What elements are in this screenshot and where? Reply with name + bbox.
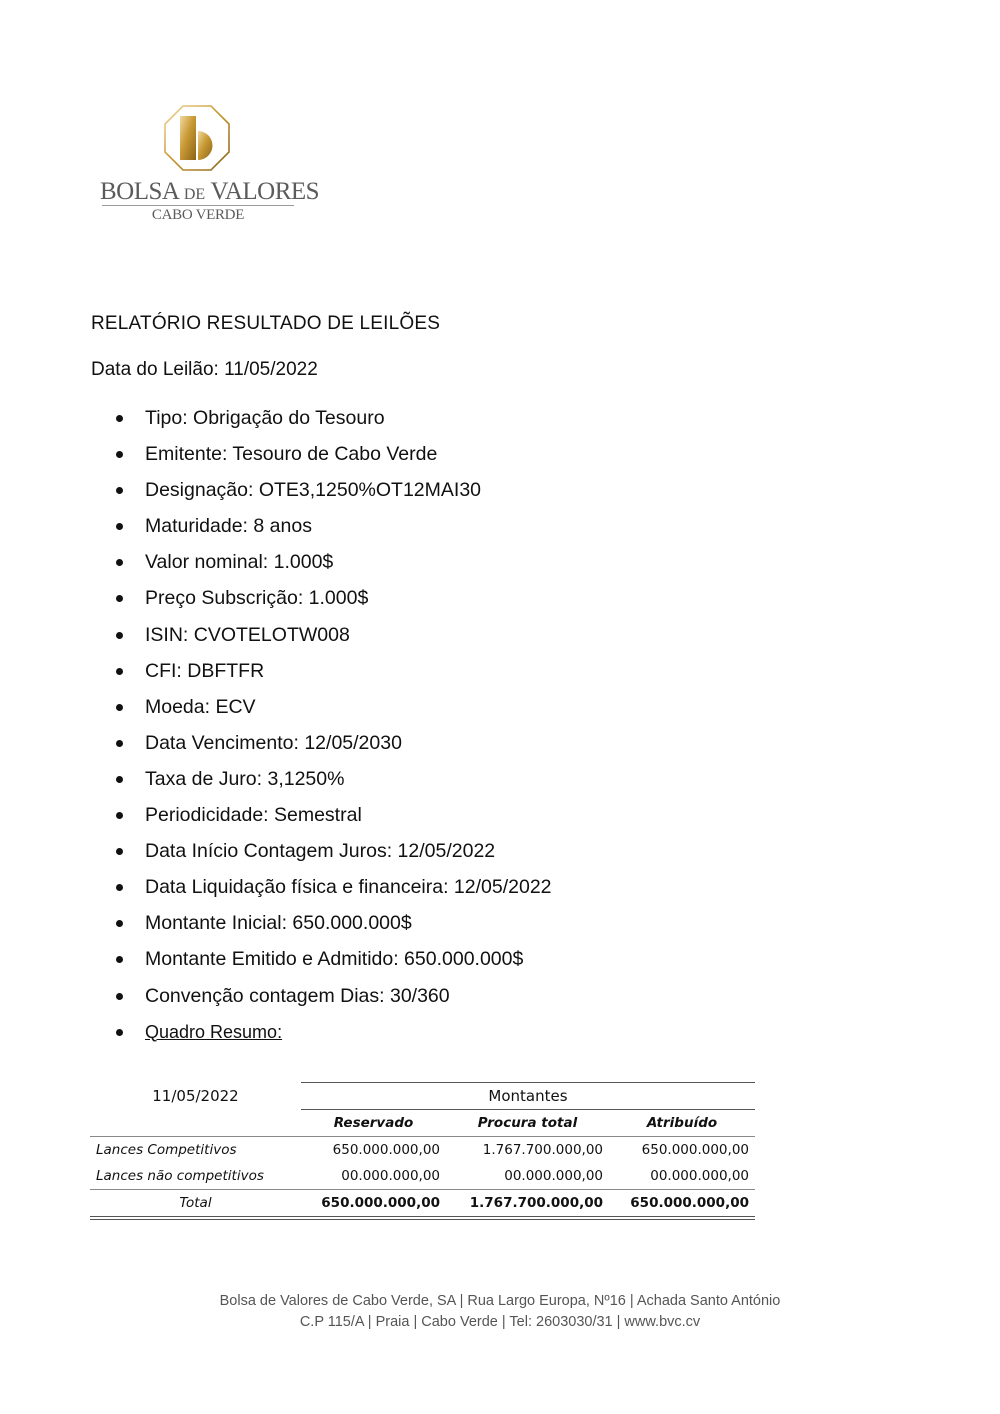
bullet-icon [116,632,123,639]
summary-table: 11/05/2022 Montantes Reservado Procura t… [90,1082,755,1220]
cell-value: 00.000.000,00 [446,1163,609,1190]
table-total-row: Total 650.000.000,00 1.767.700.000,00 65… [90,1190,755,1219]
total-label: Total [90,1190,301,1219]
table-row: Lances não competitivos 00.000.000,00 00… [90,1163,755,1190]
bullet-icon [116,668,123,675]
row-label: Lances não competitivos [90,1163,301,1190]
company-logo: BOLSA DE VALORES CABO VERDE [100,104,296,229]
cell-value: 00.000.000,00 [301,1163,446,1190]
row-label: Lances Competitivos [90,1137,301,1164]
footer-contact-line: C.P 115/A | Praia | Cabo Verde | Tel: 26… [0,1312,1000,1333]
list-item: Data Vencimento: 12/05/2030 [0,731,552,767]
logo-subtitle: CABO VERDE [100,207,296,224]
table-header-row: 11/05/2022 Montantes [90,1083,755,1110]
logo-divider [102,205,294,206]
list-item: ISIN: CVOTELOTW008 [0,623,552,659]
list-item: Designação: OTE3,1250%OT12MAI30 [0,478,552,514]
list-item: Convenção contagem Dias: 30/360 [0,984,552,1020]
auction-date: Data do Leilão: 11/05/2022 [91,359,318,381]
bullet-icon [116,848,123,855]
list-item: Moeda: ECV [0,695,552,731]
bullet-icon [116,884,123,891]
bvc-octagon-b-logo-icon [163,104,231,172]
list-item: Periodicidade: Semestral [0,803,552,839]
list-item: Maturidade: 8 anos [0,514,552,550]
table-column-headers: Reservado Procura total Atribuído [90,1110,755,1137]
list-item: Montante Emitido e Admitido: 650.000.000… [0,947,552,983]
logo-wordmark: BOLSA DE VALORES [100,178,296,206]
table-group-header: Montantes [301,1083,755,1110]
column-header: Reservado [301,1110,446,1137]
bullet-icon [116,487,123,494]
bullet-icon [116,523,123,530]
total-value: 1.767.700.000,00 [446,1190,609,1219]
bullet-icon [116,740,123,747]
list-item: Emitente: Tesouro de Cabo Verde [0,442,552,478]
cell-value: 650.000.000,00 [301,1137,446,1164]
page-footer: Bolsa de Valores de Cabo Verde, SA | Rua… [0,1291,1000,1333]
total-value: 650.000.000,00 [609,1190,755,1219]
list-item: Valor nominal: 1.000$ [0,550,552,586]
list-item: Montante Inicial: 650.000.000$ [0,911,552,947]
bullet-icon [116,559,123,566]
column-header: Atribuído [609,1110,755,1137]
bullet-icon [116,812,123,819]
bullet-icon [116,415,123,422]
table-row: Lances Competitivos 650.000.000,00 1.767… [90,1137,755,1164]
bullet-icon [116,956,123,963]
list-item: CFI: DBFTFR [0,659,552,695]
list-item: Preço Subscrição: 1.000$ [0,586,552,622]
list-item-quadro-resumo: Quadro Resumo: [0,1020,552,1056]
list-item: Taxa de Juro: 3,1250% [0,767,552,803]
total-value: 650.000.000,00 [301,1190,446,1219]
cell-value: 650.000.000,00 [609,1137,755,1164]
cell-value: 1.767.700.000,00 [446,1137,609,1164]
auction-details-list: Tipo: Obrigação do Tesouro Emitente: Tes… [0,406,552,1056]
cell-value: 00.000.000,00 [609,1163,755,1190]
bullet-icon [116,1029,123,1036]
footer-address-line: Bolsa de Valores de Cabo Verde, SA | Rua… [0,1291,1000,1312]
bullet-icon [116,595,123,602]
list-item: Tipo: Obrigação do Tesouro [0,406,552,442]
table-date: 11/05/2022 [90,1083,301,1110]
report-title: RELATÓRIO RESULTADO DE LEILÕES [91,313,440,335]
column-header: Procura total [446,1110,609,1137]
bullet-icon [116,993,123,1000]
bullet-icon [116,451,123,458]
bullet-icon [116,920,123,927]
bullet-icon [116,776,123,783]
bullet-icon [116,704,123,711]
list-item: Data Início Contagem Juros: 12/05/2022 [0,839,552,875]
list-item: Data Liquidação física e financeira: 12/… [0,875,552,911]
